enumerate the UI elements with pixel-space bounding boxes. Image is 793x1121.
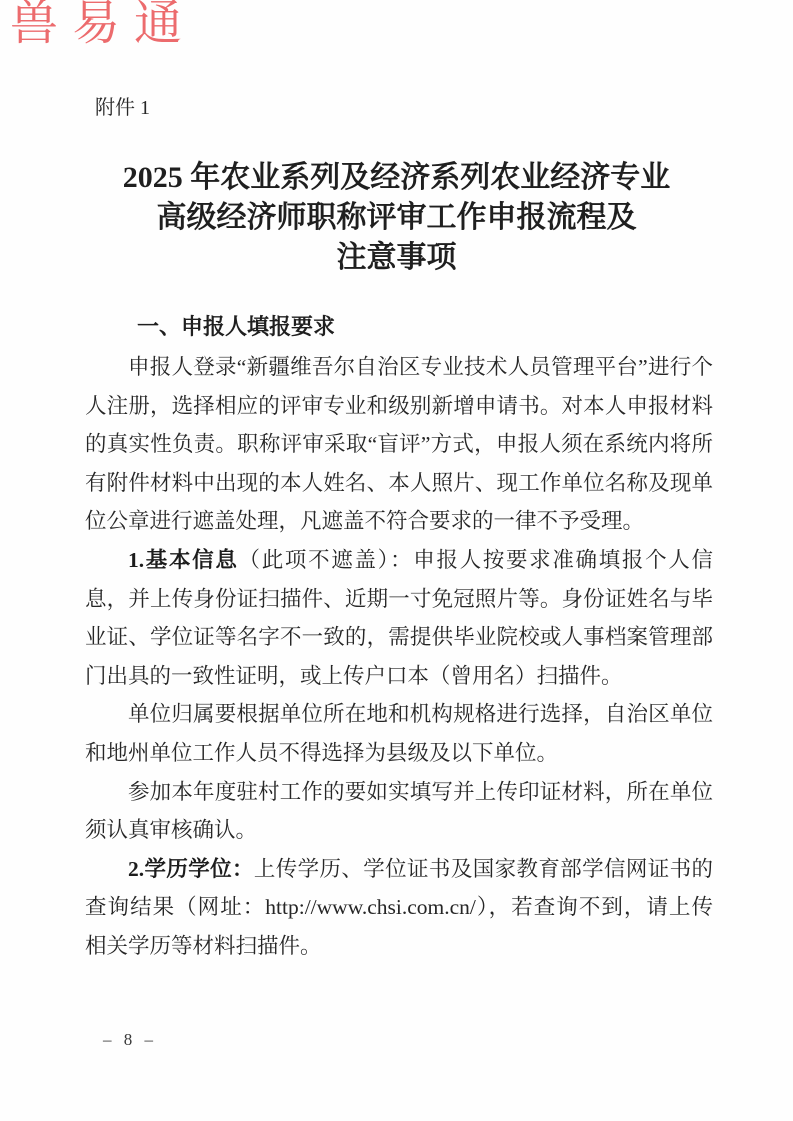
document-page: 兽易通 附件 1 2025 年农业系列及经济系列农业经济专业 高级经济师职称评审…: [0, 0, 793, 1121]
document-title-line-1: 2025 年农业系列及经济系列农业经济专业: [0, 158, 793, 198]
paragraph-education-degree: 2.学历学位：上传学历、学位证书及国家教育部学信网证书的查询结果（网址：http…: [85, 850, 713, 966]
paragraph-registration: 申报人登录“新疆维吾尔自治区专业技术人员管理平台”进行个人注册，选择相应的评审专…: [85, 348, 713, 541]
paragraph-village-work: 参加本年度驻村工作的要如实填写并上传印证材料，所在单位须认真审核确认。: [85, 773, 713, 850]
document-title: 2025 年农业系列及经济系列农业经济专业 高级经济师职称评审工作申报流程及 注…: [0, 158, 793, 278]
paragraph-registration-text: 申报人登录“新疆维吾尔自治区专业技术人员管理平台”进行个人注册，选择相应的评审专…: [85, 355, 713, 533]
paragraph-village-work-text: 参加本年度驻村工作的要如实填写并上传印证材料，所在单位须认真审核确认。: [85, 780, 713, 843]
paragraph-unit-affiliation: 单位归属要根据单位所在地和机构规格进行选择，自治区单位和地州单位工作人员不得选择…: [85, 695, 713, 772]
watermark-stamp: 兽易通: [10, 0, 196, 54]
document-title-line-2: 高级经济师职称评审工作申报流程及: [0, 198, 793, 238]
paragraph-unit-affiliation-text: 单位归属要根据单位所在地和机构规格进行选择，自治区单位和地州单位工作人员不得选择…: [85, 702, 713, 765]
paragraph-basic-info-bold-lead: 1.基本信息: [128, 548, 239, 572]
document-title-line-3: 注意事项: [0, 238, 793, 278]
section-heading: 一、申报人填报要求: [137, 313, 713, 341]
attachment-label: 附件 1: [95, 94, 150, 122]
document-body: 一、申报人填报要求 申报人登录“新疆维吾尔自治区专业技术人员管理平台”进行个人注…: [85, 313, 713, 966]
page-number: – 8 –: [103, 1030, 157, 1050]
paragraph-education-degree-bold-lead: 2.学历学位：: [128, 857, 254, 881]
paragraph-basic-info: 1.基本信息（此项不遮盖）：申报人按要求准确填报个人信息，并上传身份证扫描件、近…: [85, 541, 713, 695]
